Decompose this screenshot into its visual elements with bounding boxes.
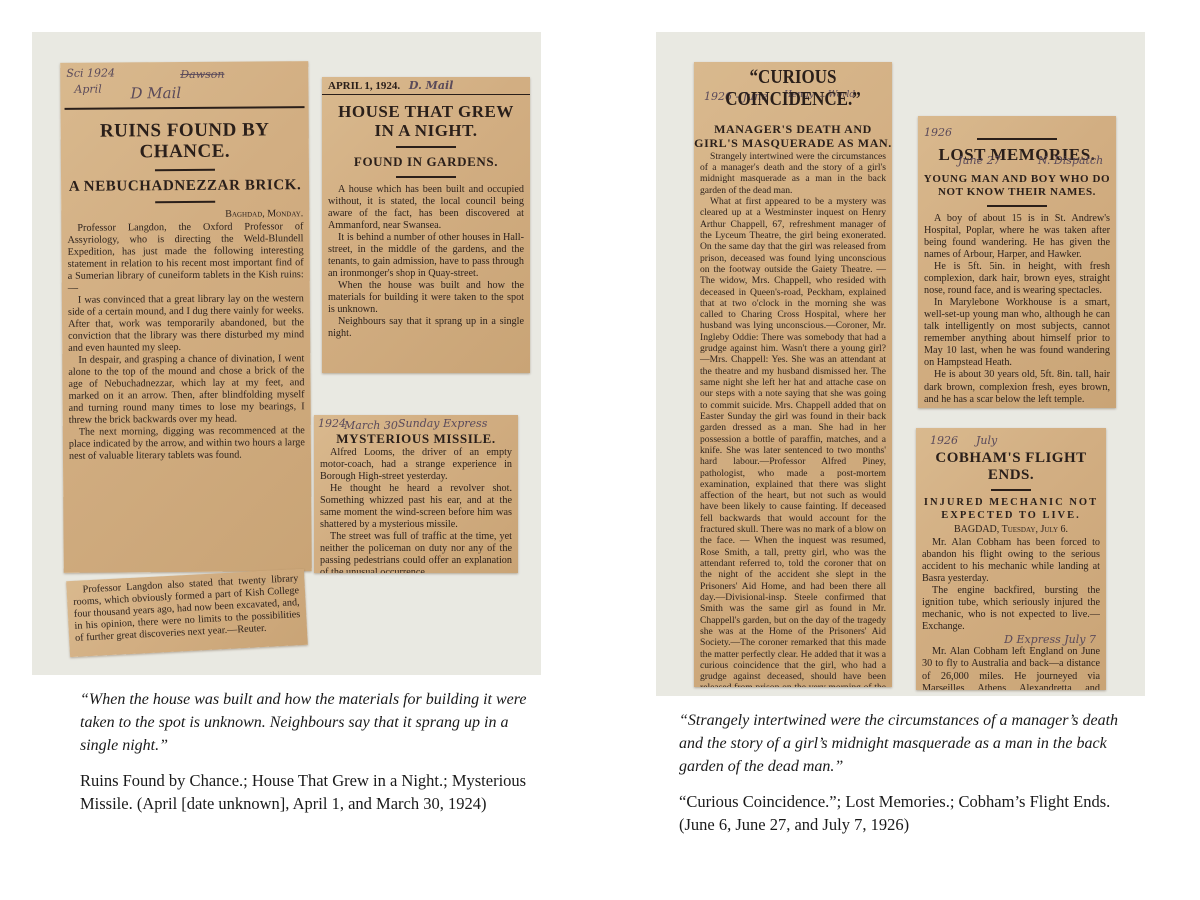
handwritten-note: Sci 1924	[66, 66, 115, 79]
handwritten-note: D Mail	[130, 84, 181, 102]
clipping-curious-coincidence: 1926 - June Hengy ... World “CURIOUS COI…	[694, 62, 892, 687]
handwritten-note: July	[976, 434, 997, 447]
dateline: Baghdad, Monday.	[67, 208, 303, 221]
handwritten-note: June 27	[958, 154, 1001, 167]
divider	[977, 138, 1057, 140]
article-paragraph: What at first appeared to be a mystery w…	[700, 196, 886, 687]
article-paragraph: It is behind a number of other houses in…	[328, 232, 524, 280]
divider	[396, 146, 456, 148]
handwritten-note: D Express July 7	[916, 633, 1106, 646]
scrapbook-page-right: 1926 - June Hengy ... World “CURIOUS COI…	[656, 32, 1145, 696]
divider	[987, 205, 1047, 207]
subheadline: A NEBUCHADNEZZAR BRICK.	[61, 176, 309, 196]
subheadline: FOUND IN GARDENS.	[322, 154, 530, 170]
dateline: BAGDAD, Tuesday, July 6.	[922, 524, 1100, 535]
article-paragraph: A house which has been built and occupie…	[328, 184, 524, 232]
article-paragraph: Mr. Alan Cobham has been forced to aband…	[922, 537, 1100, 585]
article-paragraph: Strangely intertwined were the circumsta…	[700, 151, 886, 196]
clipping-cobhams-flight-ends: 1926 July COBHAM'S FLIGHT ENDS. INJURED …	[916, 428, 1106, 690]
handwritten-note: 1926	[924, 126, 952, 139]
divider	[155, 201, 215, 203]
clipping-ruins-found-by-chance: Sci 1924 April D Mail Dawson RUINS FOUND…	[60, 61, 312, 573]
headline: “CURIOUS COINCIDENCE.”	[709, 66, 877, 110]
divider	[991, 489, 1031, 491]
headline: COBHAM'S FLIGHT ENDS.	[916, 450, 1106, 483]
clipping-house-that-grew: APRIL 1, 1924. D. Mail HOUSE THAT GREW I…	[322, 77, 530, 373]
clipping-mysterious-missile: 1924 March 30 Sunday Express MYSTERIOUS …	[314, 415, 518, 573]
article-paragraph: Neighbours say that it sprang up in a si…	[328, 316, 524, 340]
date-header: APRIL 1, 1924. D. Mail	[322, 77, 530, 95]
divider	[396, 176, 456, 178]
article-paragraph: Alfred Looms, the driver of an empty mot…	[320, 447, 512, 483]
pull-quote: “When the house was built and how the ma…	[80, 688, 530, 757]
handwritten-note: Dawson	[180, 68, 224, 81]
divider	[155, 169, 215, 171]
headline: HOUSE THAT GREW IN A NIGHT.	[322, 103, 530, 140]
subheadline: YOUNG MAN AND BOY WHO DO NOT KNOW THEIR …	[918, 173, 1116, 199]
article-paragraph: The next morning, digging was recommence…	[69, 425, 305, 463]
article-paragraph: The street was full of traffic at the ti…	[320, 531, 512, 573]
handwritten-note: N. Dispatch	[1038, 154, 1103, 167]
article-paragraph: Professor Langdon also stated that twent…	[72, 573, 301, 645]
article-paragraph: Professor Langdon, the Oxford Professor …	[67, 221, 303, 295]
caption-right: “Strangely intertwined were the circumst…	[679, 709, 1139, 836]
article-paragraph: A boy of about 15 is in St. Andrew's Hos…	[924, 213, 1110, 261]
handwritten-note: 1926	[930, 434, 958, 447]
article-paragraph: I was convinced that a great library lay…	[68, 293, 304, 355]
handwritten-note: 1924	[318, 417, 346, 430]
subheadline: MANAGER'S DEATH AND GIRL'S MASQUERADE AS…	[694, 122, 892, 151]
handwritten-note: Sunday Express	[398, 417, 487, 430]
article-paragraph: When the house was built and how the mat…	[328, 280, 524, 316]
subheadline: INJURED MECHANIC NOT EXPECTED TO LIVE.	[916, 497, 1106, 522]
headline: RUINS FOUND BY CHANCE.	[61, 120, 309, 164]
clipping-lost-memories: 1926 June 27 N. Dispatch LOST MEMORIES. …	[918, 116, 1116, 408]
handwritten-note: April	[74, 83, 101, 96]
handwritten-note: March 30	[344, 419, 398, 432]
headline: MYSTERIOUS MISSILE.	[314, 431, 518, 447]
clipping-ruins-continuation: Professor Langdon also stated that twent…	[66, 569, 308, 657]
article-paragraph: He thought he heard a revolver shot. Som…	[320, 483, 512, 531]
article-paragraph: The engine backfired, bursting the ignit…	[922, 585, 1100, 633]
article-paragraph: He is about 30 years old, 5ft. 8in. tall…	[924, 369, 1110, 405]
clipping-titles: “Curious Coincidence.”; Lost Memories.; …	[679, 790, 1139, 836]
caption-left: “When the house was built and how the ma…	[80, 688, 530, 815]
clipping-titles: Ruins Found by Chance.; House That Grew …	[80, 769, 530, 815]
article-paragraph: Mr. Alan Cobham left England on June 30 …	[922, 646, 1100, 690]
article-paragraph: He is 5ft. 5in. in height, with fresh co…	[924, 261, 1110, 297]
handwritten-note: D. Mail	[409, 79, 453, 92]
article-paragraph: In Marylebone Workhouse is a smart, well…	[924, 297, 1110, 369]
article-paragraph: In despair, and grasping a chance of div…	[68, 353, 304, 427]
date-text: APRIL 1, 1924.	[328, 80, 400, 92]
scrapbook-page-left: Sci 1924 April D Mail Dawson RUINS FOUND…	[32, 32, 541, 675]
pull-quote: “Strangely intertwined were the circumst…	[679, 709, 1139, 778]
